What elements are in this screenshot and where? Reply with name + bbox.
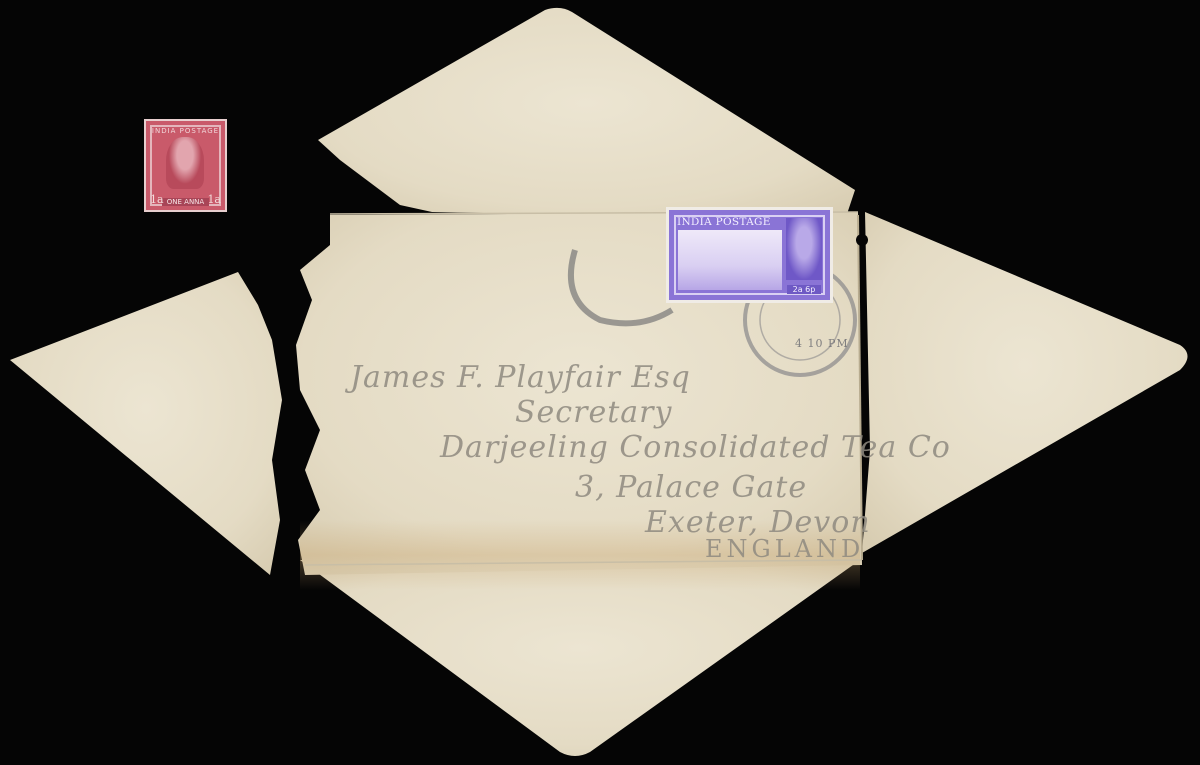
king-portrait — [786, 218, 822, 280]
stamp-denomination: 2a 6p — [787, 285, 821, 294]
stamp-value-right: 1a — [207, 193, 221, 206]
address-line-4: 3, Palace Gate — [575, 470, 807, 505]
address-line-3: Darjeeling Consolidated Tea Co — [440, 430, 951, 465]
postmark-text: 4 10 PM — [795, 337, 849, 350]
stamp-bottom-text: ONE ANNA — [162, 198, 209, 206]
affixed-stamp: INDIA POSTAGE 2a 6p — [669, 210, 830, 300]
address-line-1: James F. Playfair Esq — [350, 360, 691, 395]
king-portrait — [166, 137, 204, 189]
stamp-value-left: 1a — [150, 193, 164, 206]
left-flap — [10, 272, 282, 575]
stamp-top-text: INDIA POSTAGE — [677, 216, 782, 228]
address-line-2: Secretary — [515, 395, 672, 430]
address-line-6: ENGLAND — [705, 535, 864, 563]
stamp-top-text: INDIA POSTAGE — [148, 127, 223, 135]
right-flap — [862, 212, 1188, 553]
top-flap — [318, 8, 855, 220]
bullock-cart-illustration — [678, 230, 782, 290]
loose-stamp: INDIA POSTAGE ONE ANNA 1a 1a — [144, 119, 227, 212]
